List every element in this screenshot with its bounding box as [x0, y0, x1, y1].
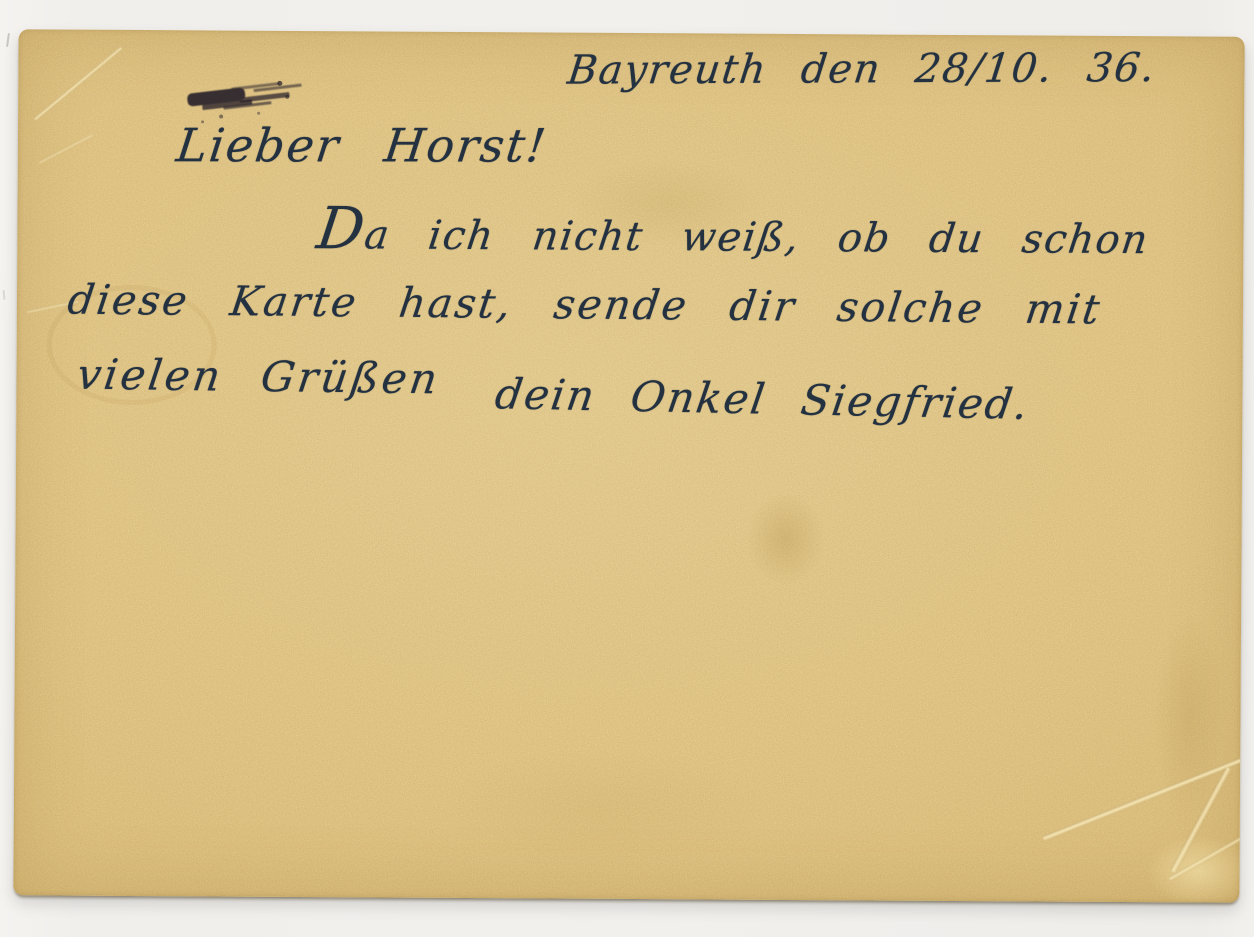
crease-bottom-right: [1042, 757, 1244, 842]
postcard: Bayreuth den 28/10. 36. Lieber Horst! Da…: [13, 29, 1244, 902]
aging-stain: [393, 732, 814, 885]
scanner-scratch-mark: [3, 290, 6, 300]
crease-bottom-right: [1170, 766, 1232, 873]
crease-bottom-right: [1168, 833, 1244, 882]
scanner-scratch-mark: [6, 33, 10, 47]
ink-speck: [277, 81, 282, 86]
ink-speck: [257, 112, 260, 115]
aging-stain: [730, 474, 841, 605]
handwritten-closing-greeting: vielen Grüßen: [74, 352, 443, 403]
ink-smudge: [173, 56, 303, 127]
aging-stain: [1144, 586, 1236, 847]
ink-smudge-blob: [187, 87, 246, 107]
ink-speck: [285, 95, 289, 99]
handwritten-body-line-2: diese Karte hast, sende dir solche mit: [65, 278, 1104, 333]
handwritten-dateline: Bayreuth den 28/10. 36.: [565, 46, 1158, 93]
handwritten-closing-line: vielen Grüßen dein Onkel Siegfried.: [74, 352, 1035, 411]
crease-top-left: [39, 134, 94, 165]
scanner-background: Bayreuth den 28/10. 36. Lieber Horst! Da…: [0, 0, 1254, 937]
handwritten-signature: dein Onkel Siegfried.: [493, 371, 1033, 428]
crease-top-left: [34, 46, 123, 121]
corner-damage-bottom-right: [1133, 826, 1244, 903]
handwritten-body-line-1: Da ich nicht weiß, ob du schon: [313, 197, 1153, 266]
handwritten-salutation: Lieber Horst!: [174, 120, 550, 171]
